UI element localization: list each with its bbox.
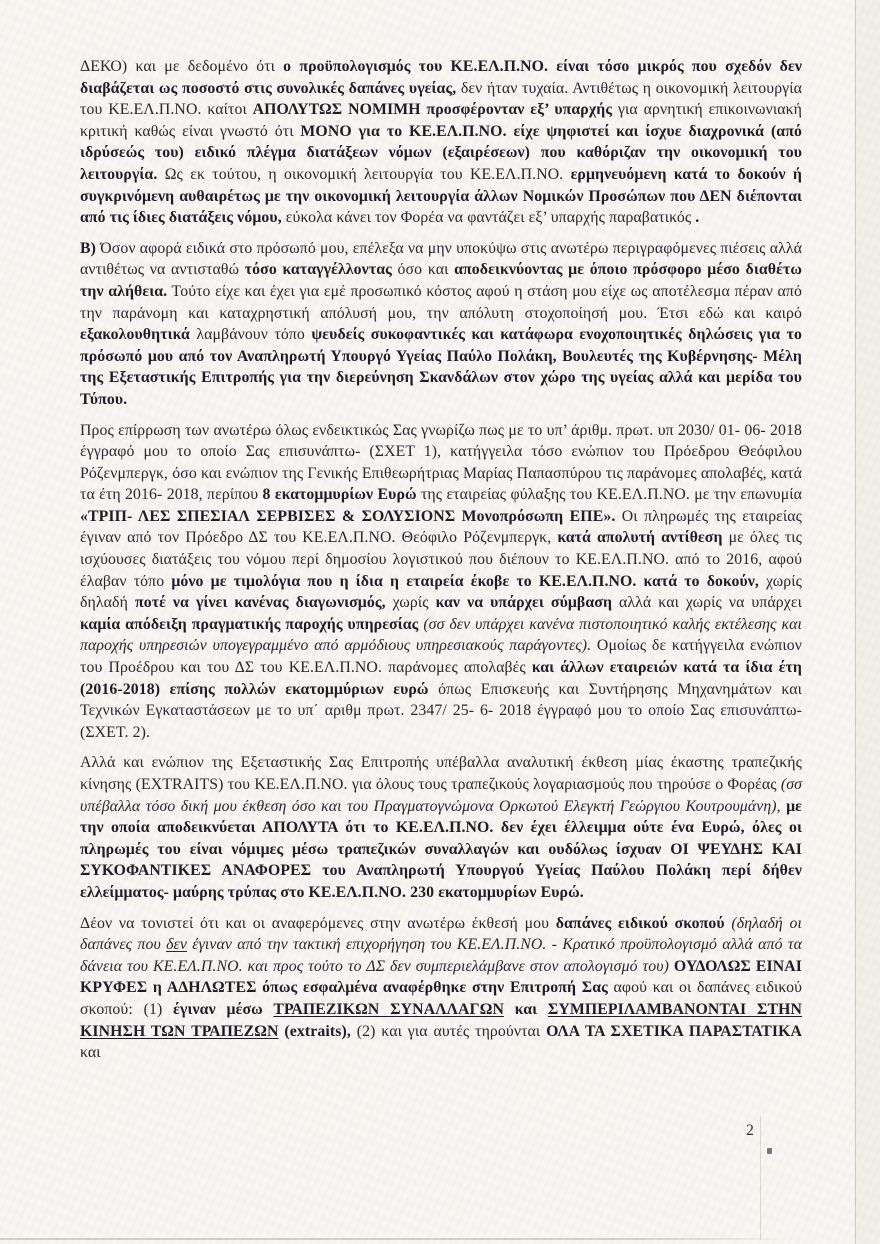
text-run: της εταιρείας φύλαξης του ΚΕ.ΕΛ.Π.ΝΟ. με… [417, 486, 802, 503]
text-run: . [695, 209, 699, 226]
text-run: όσο και [392, 261, 454, 278]
scan-page-edge-line [855, 0, 856, 1244]
text-run: λαμβάνουν τόπο [190, 326, 311, 343]
text-run: ΤΡΑΠΕΖΙΚΩΝ ΣΥΝΑΛΛΑΓΩΝ [273, 1001, 504, 1018]
text-run: εξακολουθητικά [80, 326, 190, 343]
text-run: κατά απολυτή αντίθεση [557, 529, 722, 546]
scan-speck [767, 1148, 772, 1154]
paragraph-2: Β) Όσον αφορά ειδικά στο πρόσωπό μου, επ… [80, 238, 802, 411]
scanned-document-page: ΔΕΚΟ) και με δεδομένο ότι ο προϋπολογισμ… [0, 0, 880, 1244]
text-run: δαπάνες ειδικού σκοπού [556, 915, 725, 932]
scan-crease-line [760, 1116, 761, 1240]
page-number: 2 [738, 1122, 762, 1140]
text-run: Β) [80, 240, 96, 257]
text-run: τόσο καταγγέλλοντας [245, 261, 392, 278]
text-run: Ως εκ τούτου, η οικονομική λειτουργία το… [157, 166, 570, 183]
scan-right-margin-strip [856, 0, 880, 1244]
text-run: έγιναν μέσω [173, 1001, 273, 1018]
document-body: ΔΕΚΟ) και με δεδομένο ότι ο προϋπολογισμ… [80, 56, 802, 1073]
text-run: και [504, 1001, 548, 1018]
text-run: χωρίς [386, 594, 436, 611]
paragraph-3: Προς επίρρωση των ανωτέρω όλως ενδεικτικ… [80, 420, 802, 744]
text-run: καν να υπάρχει σύμβαση [436, 594, 612, 611]
text-run: Τούτο είχε και έχει για εμέ προσωπικό κό… [80, 283, 802, 322]
text-run: 8 εκατομμυρίων Ευρώ [263, 486, 417, 503]
text-run: μόνο με τιμολόγια που η ίδια η εταιρεία … [171, 573, 759, 590]
text-run: εύκολα κάνει τον Φορέα να φαντάζει εξ’ υ… [282, 209, 696, 226]
text-run: δεν [166, 936, 187, 953]
text-run: Δέον να τονιστεί ότι και οι αναφερόμενες… [80, 915, 556, 932]
text-run: αλλά και χωρίς να υπάρχει [612, 594, 802, 611]
text-run: , [777, 798, 786, 815]
paragraph-4: Αλλά και ενώπιον της Εξεταστικής Σας Επι… [80, 752, 802, 903]
text-run: «ΤΡΙΠ- ΛΕΣ ΣΠΕΣΙΑΛ ΣΕΡΒΙΣΕΣ & ΣΟΛΥΣΙΟΝΣ … [80, 508, 615, 525]
text-run: καμία απόδειξη πραγματικής παροχής υπηρε… [80, 616, 418, 633]
text-run: (extraits), [279, 1023, 351, 1040]
text-run: (2) και για αυτές τηρούνται [351, 1023, 546, 1040]
paragraph-5: Δέον να τονιστεί ότι και οι αναφερόμενες… [80, 913, 802, 1064]
paragraph-1: ΔΕΚΟ) και με δεδομένο ότι ο προϋπολογισμ… [80, 56, 802, 229]
text-run: και [80, 1044, 101, 1061]
text-run: ποτέ να γίνει κανένας διαγωνισμός, [135, 594, 386, 611]
text-run: ΑΠΟΛΥΤΩΣ ΝΟΜΙΜΗ προσφέρονταν εξ’ υπαρχής [253, 101, 612, 118]
scan-bottom-shadow-line [0, 1238, 796, 1240]
text-run: Αλλά και ενώπιον της Εξεταστικής Σας Επι… [80, 754, 802, 793]
text-run: ΔΕΚΟ) και με δεδομένο ότι [80, 58, 283, 75]
text-run: ΟΛΑ ΤΑ ΣΧΕΤΙΚΑ ΠΑΡΑΣΤΑΤΙΚΑ [546, 1023, 802, 1040]
